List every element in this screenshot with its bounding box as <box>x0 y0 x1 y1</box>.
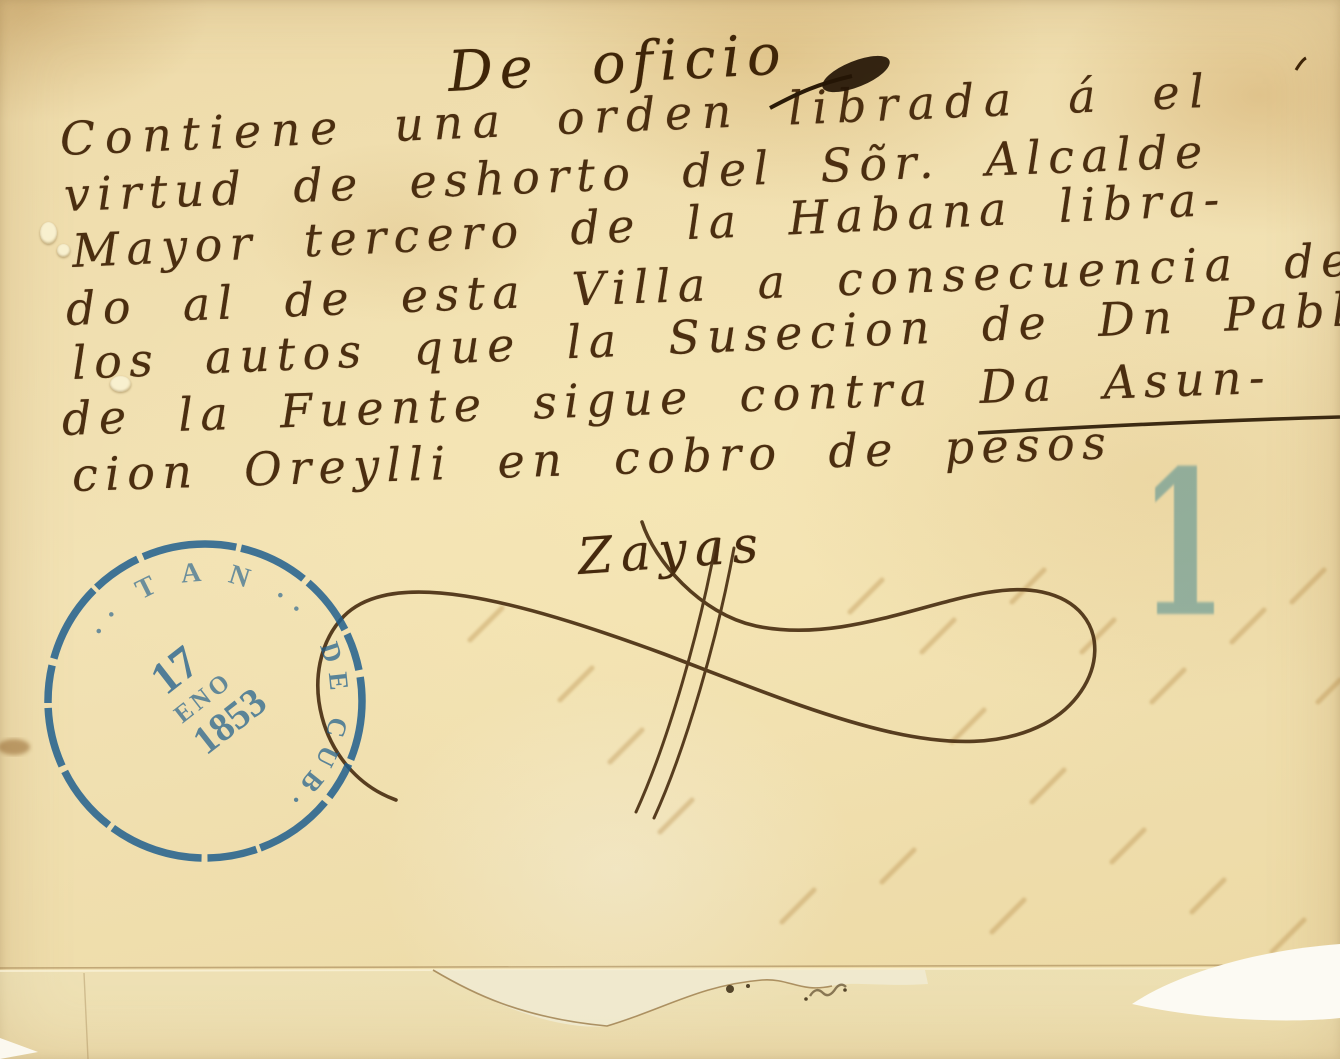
rate-handstamp: 1 <box>1140 428 1226 662</box>
letter-scan: De oficio Contiene una orden librada á e… <box>0 0 1340 1059</box>
stain-spot <box>0 739 30 755</box>
signature: Zayas <box>576 515 768 586</box>
postmark-ring <box>48 544 362 858</box>
postmark-year: 1853 <box>184 678 275 763</box>
postmark-day: 17 <box>140 636 208 705</box>
fold-flap <box>0 970 1340 1059</box>
postmark-month: ENO <box>169 667 238 729</box>
show-through-marks <box>470 570 1340 952</box>
paper-hole <box>57 244 70 257</box>
paper-hole <box>40 222 57 244</box>
postmark-arc-bottom-text: DE CUB· <box>276 638 355 820</box>
svg-text:DE CUB·: DE CUB· <box>276 638 355 820</box>
